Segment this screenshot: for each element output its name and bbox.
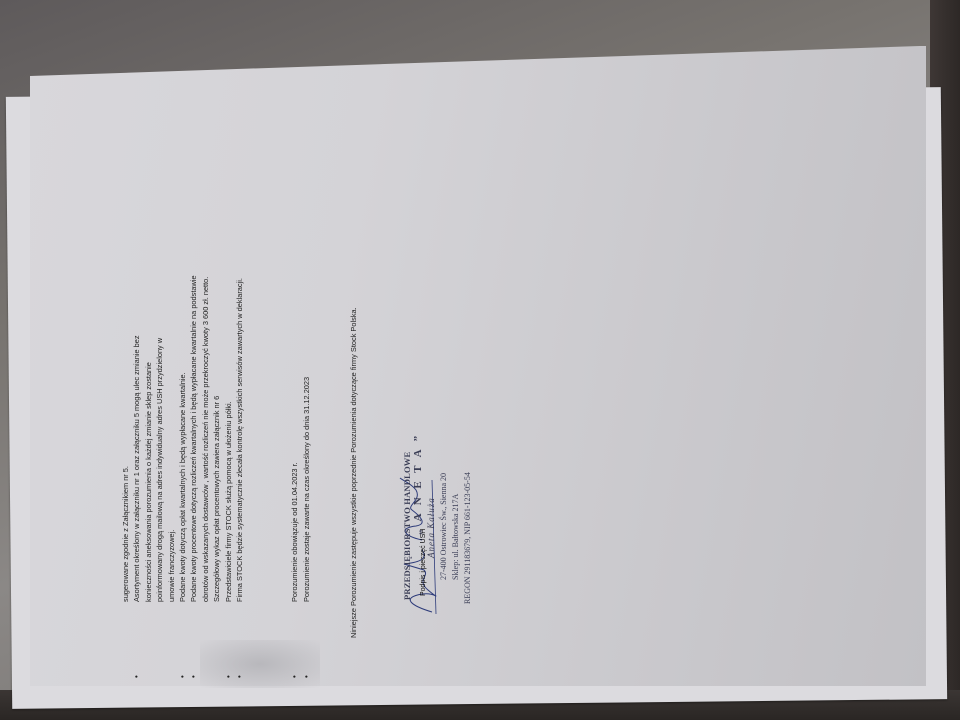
list-item: •Porozumienie zostaje zawarte na czas ok… xyxy=(301,100,312,660)
bullet-icon: • xyxy=(131,675,142,678)
bullet-icon: • xyxy=(289,675,300,678)
list-item: •Porozumienie obowiązuje od 01.04.2023 r… xyxy=(289,100,300,660)
list-item: •Przedstawiciele firmy STOCK służą pomoc… xyxy=(223,100,234,660)
text-line: poinformowany drogą mailową na adres ind… xyxy=(154,100,165,660)
text-line: obrotów od wskazanych dostawców , wartoś… xyxy=(200,100,211,660)
bullet-icon: • xyxy=(188,675,199,678)
closing-statement: Niniejsze Porozumienie zastępuje wszystk… xyxy=(348,100,359,660)
stamp-address: 27-400 Ostrowiec Św., Sienna 20 xyxy=(438,473,449,580)
stamp-company-name: „ A N E T A ” xyxy=(413,433,424,535)
list-item: •Firma STOCK będzie systematycznie zleca… xyxy=(234,100,245,660)
text-line: Szczegółowy wykaz opłat procentowych zaw… xyxy=(211,100,222,660)
bullet-icon: • xyxy=(234,675,245,678)
bullet-icon: • xyxy=(223,675,234,678)
text-line: konieczności aneksowania porozumienia o … xyxy=(143,100,154,660)
bullet-icon: • xyxy=(301,675,312,678)
bullet-icon: • xyxy=(177,675,188,678)
list-item: •Podane kwoty procentowe dotyczą rozlicz… xyxy=(188,100,199,660)
text-line: umowie franczyzowej. xyxy=(166,100,177,660)
list-item: •Podane kwoty dotyczą opłat kwartalnych … xyxy=(177,100,188,660)
stamp-shop-address: Sklep: ul. Bałtowska 217A xyxy=(450,494,461,580)
list-item: •Asortyment określony w załączniku nr 1 … xyxy=(131,100,142,660)
text-line: sugerowane zgodnie z Załącznikiem nr 5. xyxy=(120,100,131,660)
company-stamp: PRZEDSIĘBIORSTWO HANDLOWE Podpis i piecz… xyxy=(398,400,498,640)
stamp-owner: Aneta Kałuża xyxy=(426,497,437,558)
document-content: sugerowane zgodnie z Załącznikiem nr 5. … xyxy=(120,100,520,660)
stamp-regon-nip: REGON 291183679, NIP 661-123-05-54 xyxy=(462,472,473,604)
